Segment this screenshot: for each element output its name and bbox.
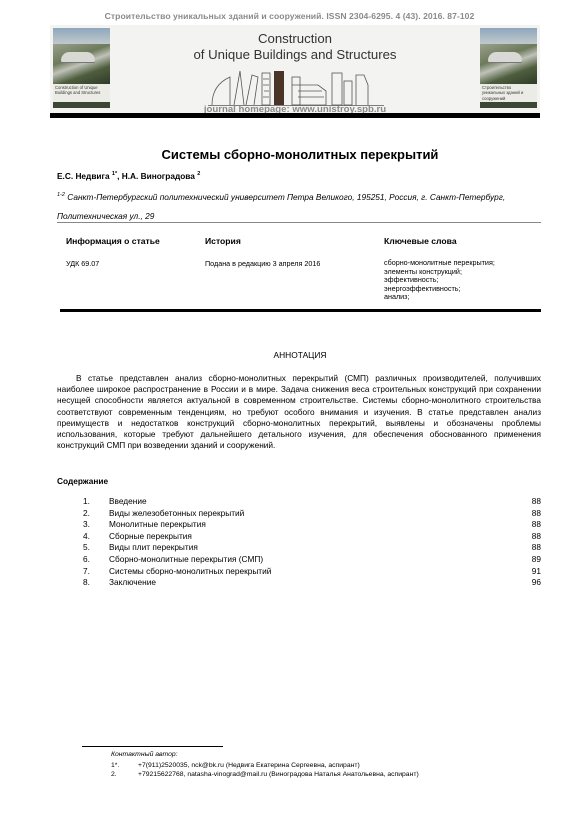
abstract-text: В статье представлен анализ сборно-монол… xyxy=(57,373,541,451)
author-name: Е.С. Недвига xyxy=(57,171,110,181)
skyline-logo-icon xyxy=(208,67,384,107)
udc: УДК 69.07 xyxy=(66,259,99,268)
toc-item[interactable]: 5.Виды плит перекрытия88 xyxy=(57,542,541,554)
cover-caption: Строительство уникальных зданий и сооруж… xyxy=(480,84,537,102)
abstract-heading: АННОТАЦИЯ xyxy=(0,350,579,360)
history-header: История xyxy=(205,236,241,246)
toc-item[interactable]: 1.Введение88 xyxy=(57,496,541,508)
keywords-list: сборно-монолитные перекрытия; элементы к… xyxy=(384,259,495,302)
banner-divider xyxy=(50,113,540,118)
toc-item[interactable]: 3.Монолитные перекрытия88 xyxy=(57,519,541,531)
cover-caption: Construction of Unique Buildings and Str… xyxy=(53,84,110,102)
authors: Е.С. Недвига 1*, Н.А. Виноградова 2 xyxy=(57,171,200,181)
toc-item[interactable]: 6.Сборно-монолитные перекрытия (СМП)89 xyxy=(57,554,541,566)
toc-item[interactable]: 7.Системы сборно-монолитных перекрытий91 xyxy=(57,566,541,578)
info-header: Информация о статье xyxy=(66,236,160,246)
divider xyxy=(57,222,541,223)
footnote-item: 2.+79215622768, natasha-vinograd@mail.ru… xyxy=(111,771,419,778)
author-name: Н.А. Виноградова xyxy=(122,171,195,181)
toc-item[interactable]: 4.Сборные перекрытия88 xyxy=(57,531,541,543)
keywords-header: Ключевые слова xyxy=(384,236,457,246)
toc-heading: Содержание xyxy=(57,476,108,486)
journal-title: Construction of Unique Buildings and Str… xyxy=(50,31,540,63)
table-of-contents: 1.Введение88 2.Виды железобетонных перек… xyxy=(57,496,541,589)
toc-item[interactable]: 2.Виды железобетонных перекрытий88 xyxy=(57,508,541,520)
history-date: Подана в редакцию 3 апреля 2016 xyxy=(205,259,320,268)
affiliation: 1-2 Санкт-Петербургский политехнический … xyxy=(57,186,542,226)
keyword: анализ; xyxy=(384,293,495,302)
journal-cover-image-right: Строительство уникальных зданий и сооруж… xyxy=(480,28,537,108)
journal-banner: Construction of Unique Buildings and Str… xyxy=(50,25,540,113)
article-title: Системы сборно-монолитных перекрытий xyxy=(0,147,579,162)
footnote-heading: Контактный автор: xyxy=(111,751,178,758)
footnote-item: 1*.+7(911)2520035, nck@bk.ru (Недвига Ек… xyxy=(111,762,360,769)
divider-thick xyxy=(60,309,541,312)
footnote-divider xyxy=(82,746,223,747)
running-head: Строительство уникальных зданий и сооруж… xyxy=(0,11,579,21)
toc-item[interactable]: 8.Заключение96 xyxy=(57,577,541,589)
